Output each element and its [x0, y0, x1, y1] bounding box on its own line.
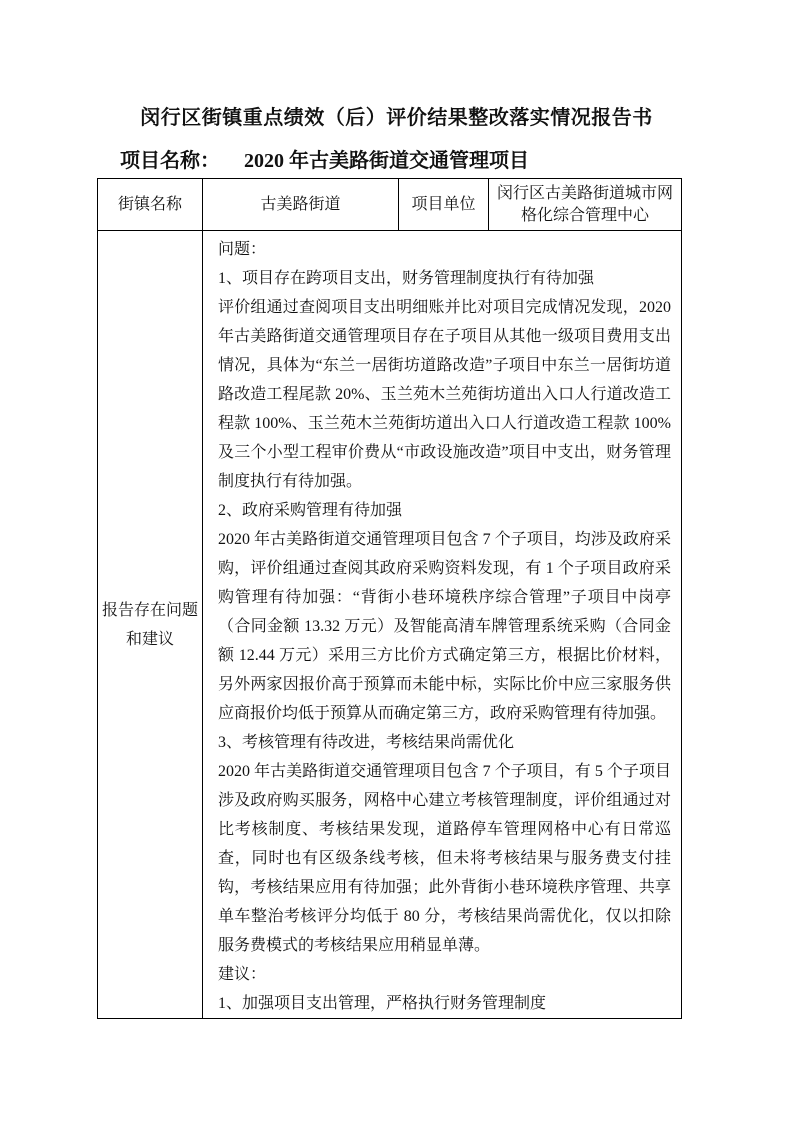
street-town-label-cell: 街镇名称 — [98, 179, 203, 231]
project-name-value: 2020 年古美路街道交通管理项目 — [244, 150, 529, 172]
report-paragraph: 问题： — [218, 235, 671, 264]
report-paragraph: 2020 年古美路街道交通管理项目包含 7 个子项目，有 5 个子项目涉及政府购… — [218, 757, 671, 960]
report-paragraph: 建议： — [218, 960, 671, 989]
report-paragraph: 3、考核管理有待改进，考核结果尚需优化 — [218, 728, 671, 757]
document-page: 闵行区街镇重点绩效（后）评价结果整改落实情况报告书 项目名称：2020 年古美路… — [0, 0, 793, 1122]
project-unit-value-cell: 闵行区古美路街道城市网格化综合管理中心 — [489, 179, 682, 231]
issues-row: 报告存在问题和建议 问题：1、项目存在跨项目支出，财务管理制度执行有待加强评价组… — [98, 231, 682, 1019]
issues-row-label-cell: 报告存在问题和建议 — [98, 231, 203, 1019]
street-town-value-cell: 古美路街道 — [203, 179, 399, 231]
report-paragraph: 2、政府采购管理有待加强 — [218, 496, 671, 525]
report-paragraph: 1、项目存在跨项目支出，财务管理制度执行有待加强 — [218, 264, 671, 293]
table-header-row: 街镇名称 古美路街道 项目单位 闵行区古美路街道城市网格化综合管理中心 — [98, 179, 682, 231]
report-table: 街镇名称 古美路街道 项目单位 闵行区古美路街道城市网格化综合管理中心 报告存在… — [97, 178, 682, 1019]
report-title: 闵行区街镇重点绩效（后）评价结果整改落实情况报告书 — [0, 101, 793, 130]
report-paragraph: 1、加强项目支出管理，严格执行财务管理制度 — [218, 989, 671, 1018]
project-unit-label-cell: 项目单位 — [399, 179, 489, 231]
project-name-line: 项目名称：2020 年古美路街道交通管理项目 — [120, 144, 529, 173]
report-paragraph: 评价组通过查阅项目支出明细账并比对项目完成情况发现，2020 年古美路街道交通管… — [218, 293, 671, 496]
project-name-label: 项目名称： — [120, 150, 220, 172]
report-paragraph: 2020 年古美路街道交通管理项目包含 7 个子项目，均涉及政府采购，评价组通过… — [218, 525, 671, 728]
issues-row-content-cell: 问题：1、项目存在跨项目支出，财务管理制度执行有待加强评价组通过查阅项目支出明细… — [203, 231, 682, 1019]
